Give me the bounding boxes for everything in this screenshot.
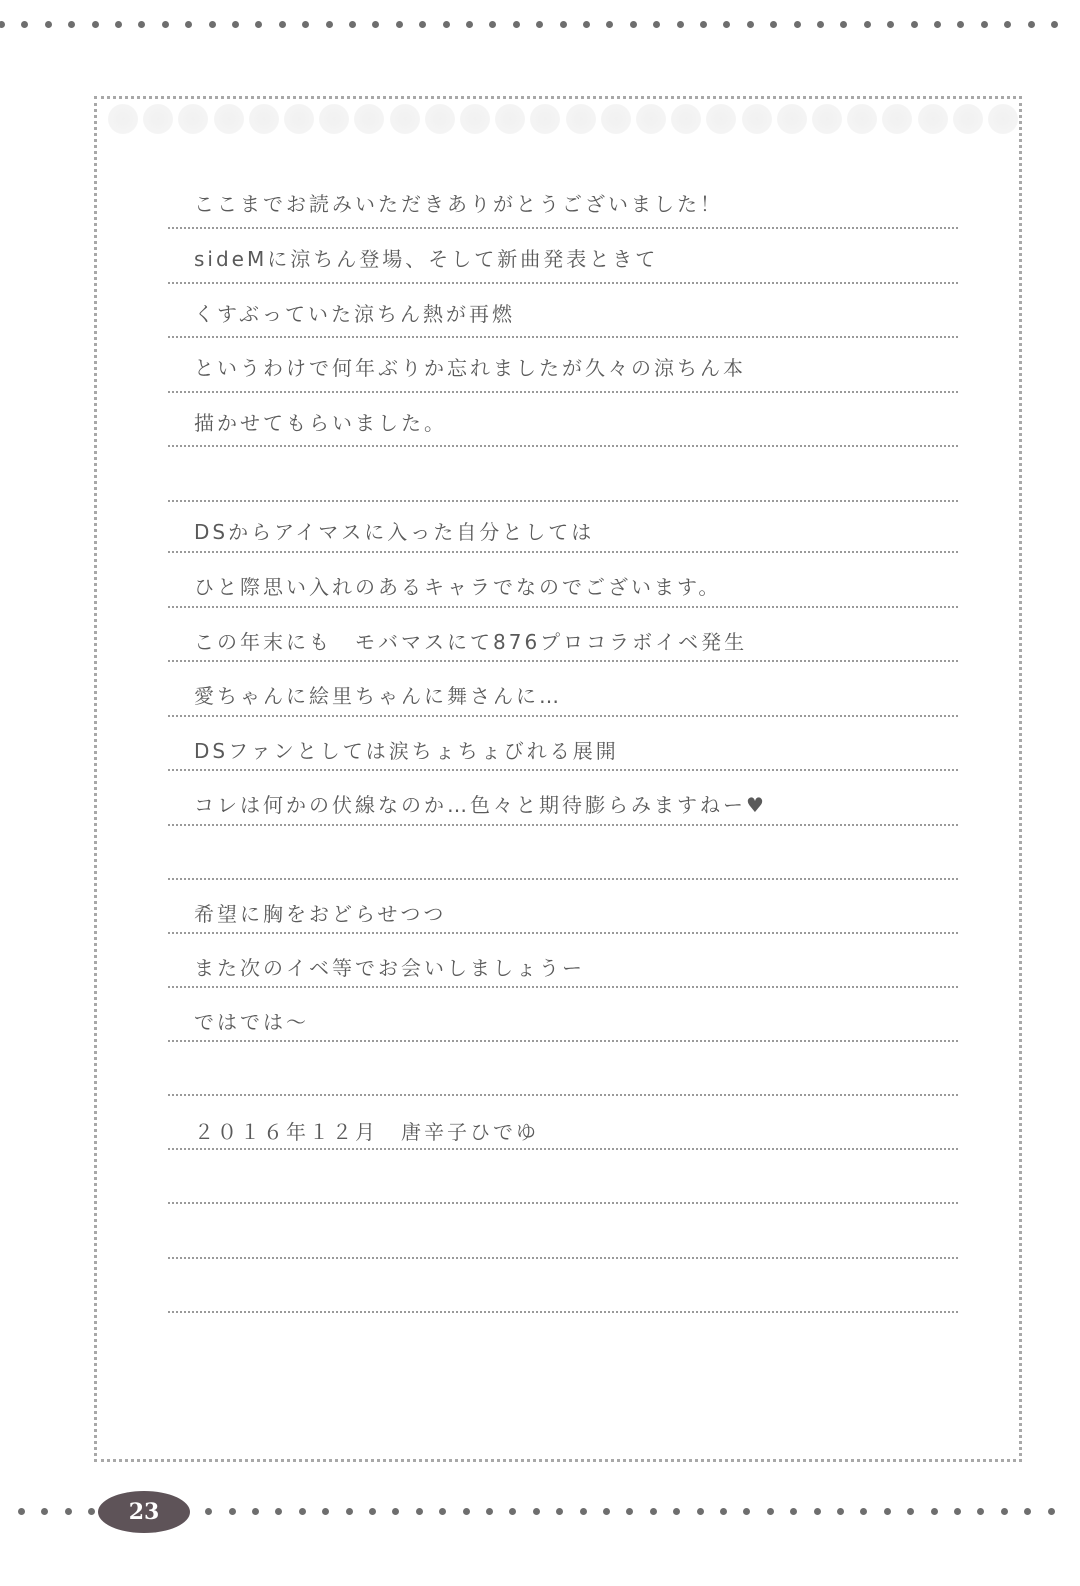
dot-ornament: [205, 1508, 212, 1515]
dot-ornament: [981, 21, 988, 28]
dot-ornament: [486, 1508, 493, 1515]
dot-ornament: [723, 21, 730, 28]
dot-ornament: [92, 21, 99, 28]
dot-ornament: [720, 1508, 727, 1515]
dot-ornament: [302, 21, 309, 28]
dot-ornament: [1051, 21, 1058, 28]
dot-ornament: [767, 1508, 774, 1515]
bubble-ornament: [143, 104, 173, 134]
dot-ornament: [209, 21, 216, 28]
dot-ornament: [697, 1508, 704, 1515]
dot-ornament: [392, 1508, 399, 1515]
text-line: ひと際思い入れのあるキャラでなのでございます。: [194, 575, 721, 599]
bubble-ornament: [566, 104, 596, 134]
ruled-line: [168, 1202, 958, 1204]
dot-ornament: [603, 1508, 610, 1515]
bubble-ornament: [214, 104, 244, 134]
dot-ornament: [279, 21, 286, 28]
text-line: sideMに涼ちん登場、そして新曲発表ときて: [194, 247, 658, 271]
dot-ornament: [630, 21, 637, 28]
dot-ornament: [747, 21, 754, 28]
text-line: また次のイベ等でお会いしましょうー: [194, 956, 585, 980]
text-line: ここまでお読みいただきありがとうございました！: [194, 192, 723, 216]
ruled-line: [168, 715, 958, 717]
dot-ornament: [115, 21, 122, 28]
dot-ornament: [931, 1508, 938, 1515]
text-line: コレは何かの伏線なのか…色々と期待膨らみますねー♥: [194, 793, 767, 817]
dot-ornament: [606, 21, 613, 28]
bubble-ornament: [777, 104, 807, 134]
dot-ornament: [673, 1508, 680, 1515]
dot-ornament: [626, 1508, 633, 1515]
ruled-line: [168, 1094, 958, 1096]
dot-ornament: [439, 1508, 446, 1515]
text-line: くすぶっていた涼ちん熱が再燃: [194, 302, 515, 326]
bubble-ornament: [988, 104, 1018, 134]
bubble-ornament: [425, 104, 455, 134]
dot-ornament: [864, 21, 871, 28]
dot-ornament: [934, 21, 941, 28]
ruled-line: [168, 500, 958, 502]
dot-ornament: [88, 1508, 95, 1515]
dot-ornament: [41, 1508, 48, 1515]
dot-ornament: [45, 21, 52, 28]
dot-ornament: [416, 1508, 423, 1515]
dot-ornament: [419, 21, 426, 28]
dot-ornament: [349, 21, 356, 28]
dot-ornament: [509, 1508, 516, 1515]
dot-ornament: [977, 1508, 984, 1515]
dot-ornament: [346, 1508, 353, 1515]
dot-ornament: [396, 21, 403, 28]
text-line: 愛ちゃんに絵里ちゃんに舞さんに…: [194, 684, 562, 708]
signature-line: ２０１６年１２月 唐辛子ひでゆ: [194, 1120, 539, 1144]
dot-ornament: [68, 21, 75, 28]
dot-ornament: [677, 21, 684, 28]
bubble-ornament: [812, 104, 842, 134]
dot-ornament: [770, 21, 777, 28]
ruled-line: [168, 445, 958, 447]
dot-ornament: [18, 1508, 25, 1515]
ruled-line: [168, 986, 958, 988]
bubble-ornament: [319, 104, 349, 134]
ruled-line: [168, 1311, 958, 1313]
bubble-ornament: [671, 104, 701, 134]
bubble-ornament: [284, 104, 314, 134]
dot-ornament: [1024, 1508, 1031, 1515]
dot-ornament: [255, 21, 262, 28]
dot-ornament: [489, 21, 496, 28]
dot-ornament: [790, 1508, 797, 1515]
dot-ornament: [1001, 1508, 1008, 1515]
dot-ornament: [653, 21, 660, 28]
dot-ornament: [162, 21, 169, 28]
dot-ornament: [911, 21, 918, 28]
dot-ornament: [556, 1508, 563, 1515]
ruled-line: [168, 769, 958, 771]
ruled-line: [168, 551, 958, 553]
ruled-line: [168, 824, 958, 826]
dot-ornament: [840, 21, 847, 28]
dot-ornament: [887, 21, 894, 28]
dot-ornament: [700, 21, 707, 28]
dot-ornament: [326, 21, 333, 28]
text-line: この年末にも モバマスにて876プロコラボイベ発生: [194, 630, 747, 654]
dot-ornament: [580, 1508, 587, 1515]
dot-ornament: [443, 21, 450, 28]
ruled-line: [168, 878, 958, 880]
page-number-badge: 23: [98, 1491, 190, 1533]
dot-ornament: [513, 21, 520, 28]
dot-ornament: [463, 1508, 470, 1515]
bubble-ornament: [918, 104, 948, 134]
bubble-ornament: [636, 104, 666, 134]
dot-ornament: [583, 21, 590, 28]
text-line: というわけで何年ぶりか忘れましたが久々の涼ちん本: [194, 356, 746, 380]
dot-ornament: [954, 1508, 961, 1515]
text-line: DSからアイマスに入った自分としては: [194, 520, 594, 544]
dot-ornament: [252, 1508, 259, 1515]
bubble-ornament: [742, 104, 772, 134]
text-line: 希望に胸をおどらせつつ: [194, 902, 446, 926]
ruled-line: [168, 660, 958, 662]
dot-ornament: [1048, 1508, 1055, 1515]
ruled-line: [168, 227, 958, 229]
dot-ornament: [65, 1508, 72, 1515]
text-line: ではでは～: [194, 1010, 309, 1034]
dot-ornament: [536, 21, 543, 28]
dot-ornament: [794, 21, 801, 28]
bubble-ornament: [847, 104, 877, 134]
dot-ornament: [185, 21, 192, 28]
ruled-line: [168, 1040, 958, 1042]
dot-ornament: [1004, 21, 1011, 28]
ruled-line: [168, 282, 958, 284]
dot-ornament: [650, 1508, 657, 1515]
ruled-line: [168, 932, 958, 934]
bubble-ornament: [108, 104, 138, 134]
ruled-line: [168, 336, 958, 338]
dot-ornament: [299, 1508, 306, 1515]
dot-ornament: [533, 1508, 540, 1515]
dot-ornament: [275, 1508, 282, 1515]
text-line: DSファンとしては涙ちょちょびれる展開: [194, 739, 619, 763]
text-line: 描かせてもらいました。: [194, 411, 447, 435]
dot-ornament: [743, 1508, 750, 1515]
ruled-line: [168, 391, 958, 393]
dot-ornament: [814, 1508, 821, 1515]
bubble-ornament: [460, 104, 490, 134]
dot-ornament: [466, 21, 473, 28]
dot-ornament: [560, 21, 567, 28]
bubble-ornament: [601, 104, 631, 134]
top-dot-border: [0, 20, 1080, 30]
dot-ornament: [369, 1508, 376, 1515]
dot-ornament: [138, 21, 145, 28]
ruled-line: [168, 606, 958, 608]
dot-ornament: [837, 1508, 844, 1515]
ruled-line: [168, 1148, 958, 1150]
dot-ornament: [21, 21, 28, 28]
dot-ornament: [229, 1508, 236, 1515]
dot-ornament: [232, 21, 239, 28]
dot-ornament: [0, 21, 5, 28]
dot-ornament: [860, 1508, 867, 1515]
bubble-ornament: [249, 104, 279, 134]
dot-ornament: [817, 21, 824, 28]
ruled-line: [168, 1257, 958, 1259]
bubble-ornament: [390, 104, 420, 134]
dot-ornament: [907, 1508, 914, 1515]
dot-ornament: [957, 21, 964, 28]
dot-ornament: [884, 1508, 891, 1515]
bubble-ornament: [495, 104, 525, 134]
dot-ornament: [1028, 21, 1035, 28]
dot-ornament: [322, 1508, 329, 1515]
bubble-ornament: [953, 104, 983, 134]
dot-ornament: [372, 21, 379, 28]
